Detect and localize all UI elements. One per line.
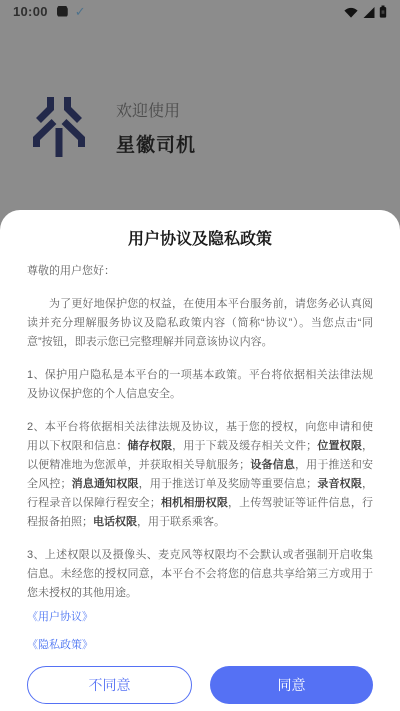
dialog-title: 用户协议及隐私政策: [27, 226, 373, 249]
perm-notification: 消息通知权限: [72, 478, 139, 490]
agree-button[interactable]: 同意: [210, 666, 373, 704]
perm-location: 位置权限: [317, 440, 362, 452]
policy-clause-2: 2、本平台将依据相关法律法规及协议，基于您的授权，向您申请和使用以下权限和信息：…: [27, 418, 373, 532]
privacy-policy-link[interactable]: 《隐私政策》: [27, 631, 373, 659]
policy-intro: 为了更好地保护您的权益，在使用本平台服务前，请您务必认真阅读并充分理解服务协议及…: [27, 295, 373, 352]
perm-phone: 电话权限: [93, 516, 137, 528]
user-agreement-link[interactable]: 《用户协议》: [27, 603, 373, 631]
perm-storage: 储存权限: [128, 440, 173, 452]
app-screen: 10:00 ✓ 欢迎使用: [0, 0, 400, 711]
disagree-button[interactable]: 不同意: [27, 666, 192, 704]
privacy-policy-dialog: 用户协议及隐私政策 尊敬的用户您好： 为了更好地保护您的权益，在使用本平台服务前…: [0, 210, 400, 711]
policy-clause-1: 1、保护用户隐私是本平台的一项基本政策。平台将依据相关法律法规及协议保护您的个人…: [27, 366, 373, 404]
perm-microphone: 录音权限: [317, 478, 362, 490]
salutation: 尊敬的用户您好：: [27, 262, 373, 281]
agreement-links: 《用户协议》 《隐私政策》: [27, 603, 373, 659]
policy-clause-3: 3、上述权限以及摄像头、麦克风等权限均不会默认或者强制开启收集信息。未经您的授权…: [27, 546, 373, 603]
perm-device-info: 设备信息: [250, 459, 295, 471]
perm-camera-album: 相机相册权限: [161, 497, 228, 509]
dialog-actions: 不同意 同意: [27, 666, 373, 704]
